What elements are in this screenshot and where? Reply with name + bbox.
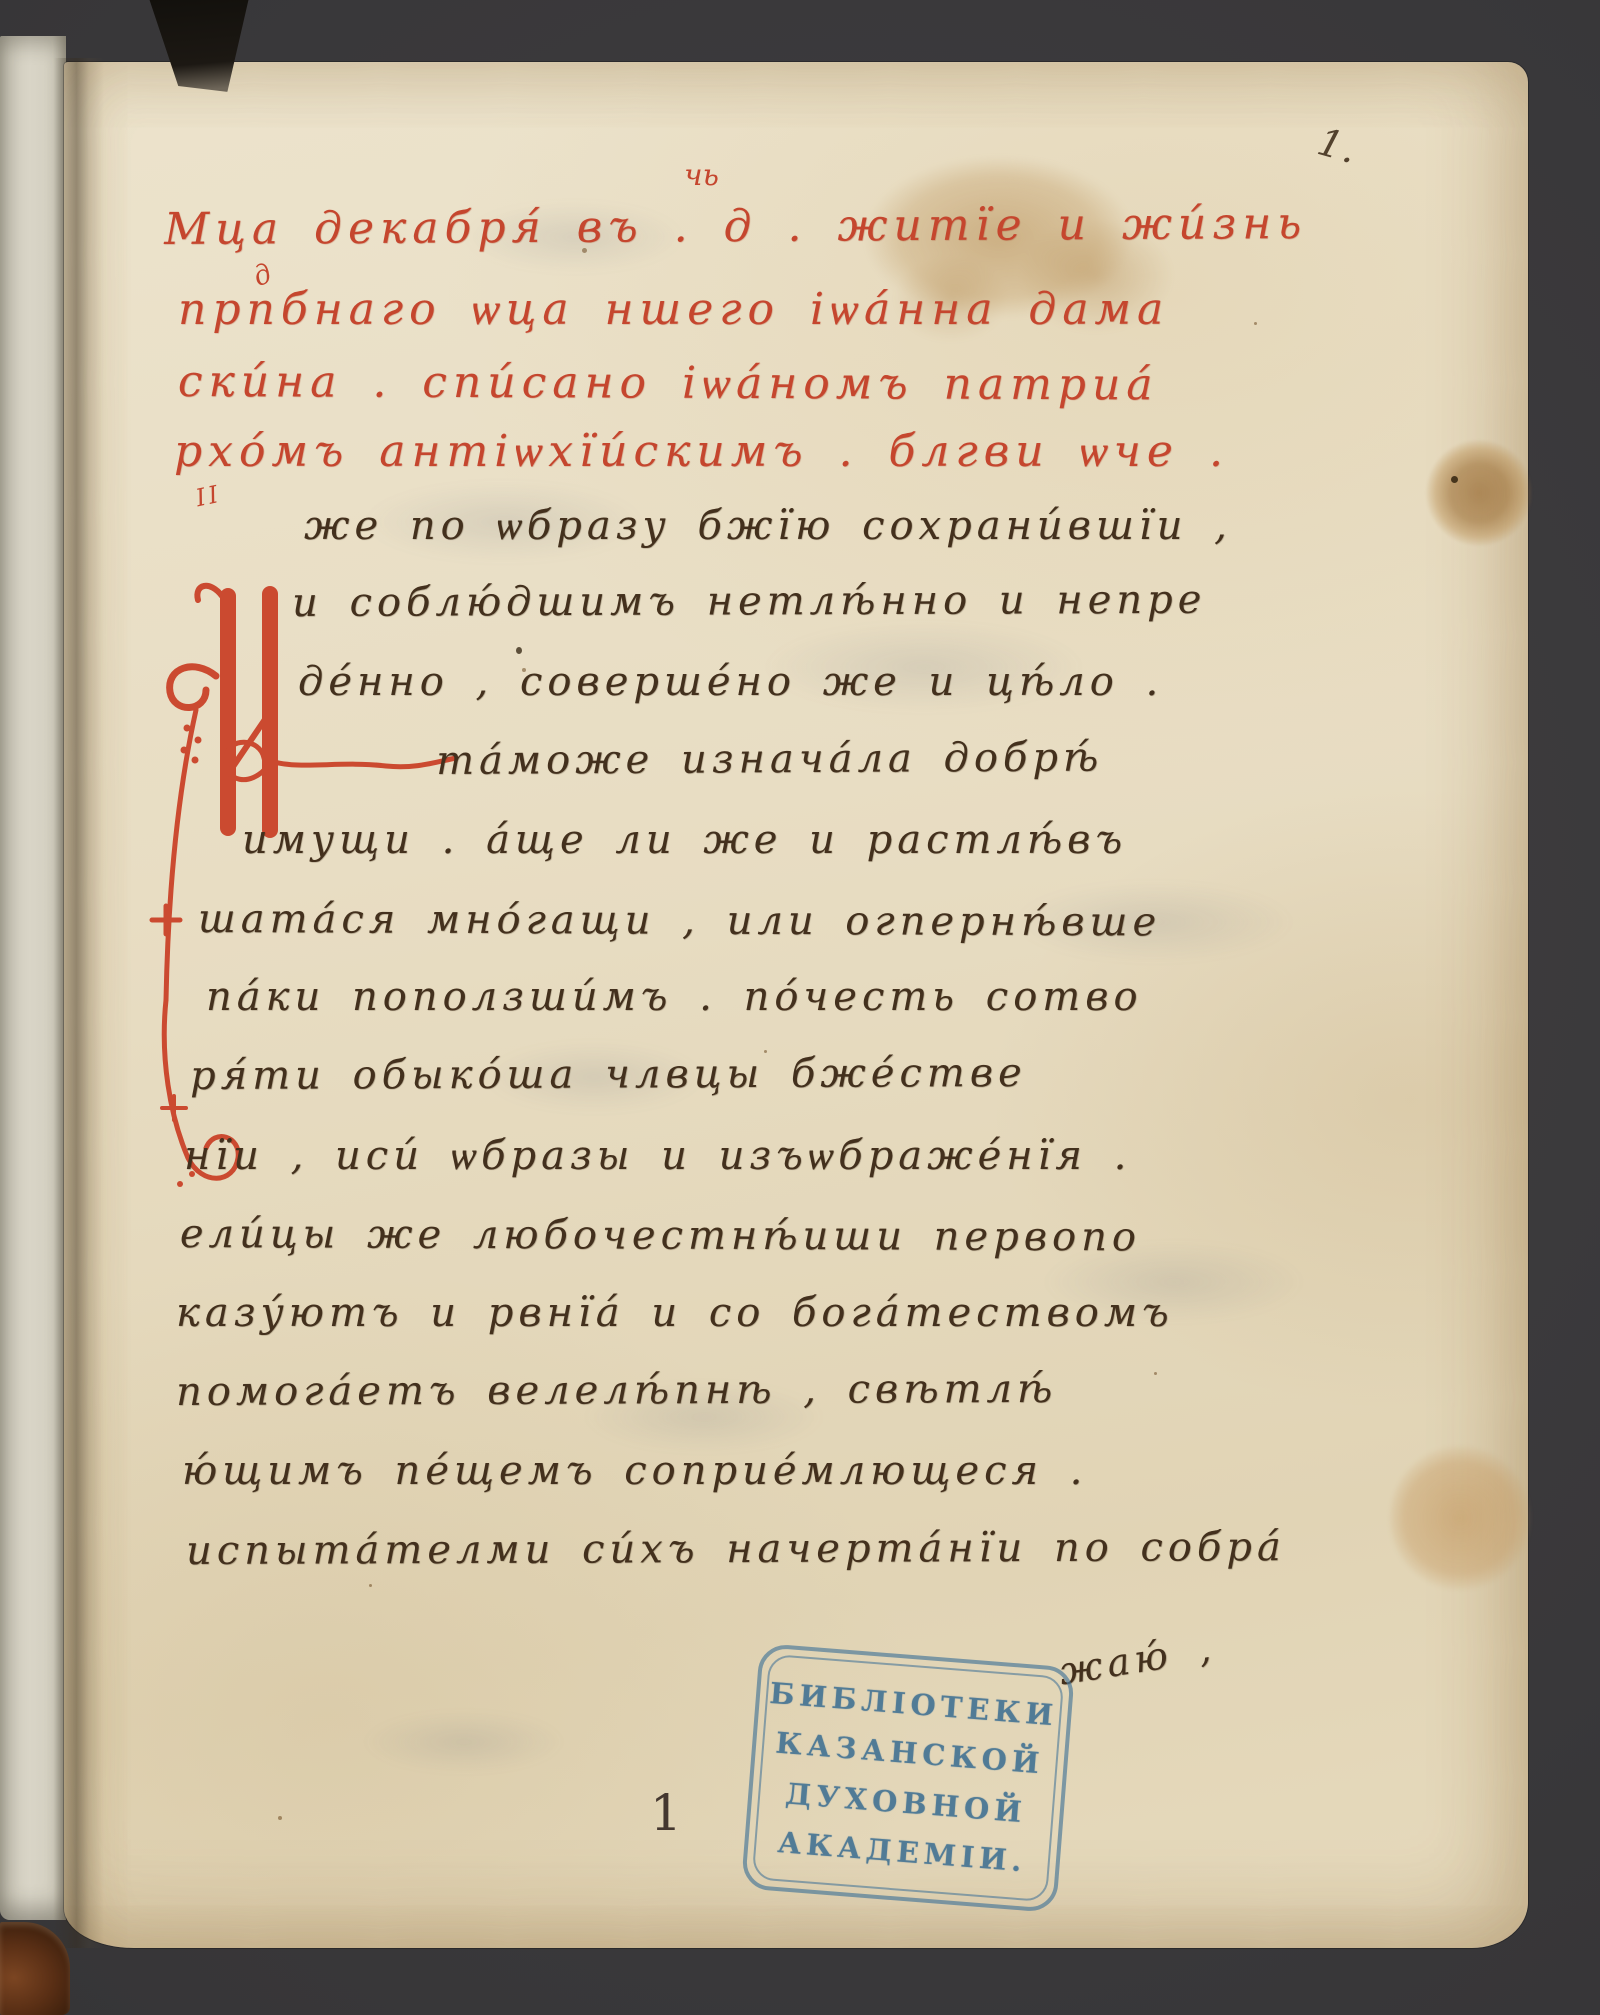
manuscript-line: де́нно , соверше́но же и цѣ́ло . [298, 659, 1163, 705]
stamp-line: БИБЛІОТЕКИ [768, 1676, 1059, 1733]
decorated-initial-I [140, 560, 560, 1200]
manuscript-line: шата́ся мно́гащи , или огпернѣ́вше [198, 896, 1161, 945]
foxing-speck [1451, 476, 1458, 483]
foxing-speck [369, 1584, 372, 1587]
library-stamp: БИБЛІОТЕКИ КАЗАНСКОЙ ДУХОВНОЙ АКАДЕМІИ. [741, 1643, 1075, 1913]
manuscript-line: испыта́телми си́хъ начерта́нїи по собра́ [186, 1524, 1286, 1574]
manuscript-line: ю́щимъ пе́щемъ соприе́млющеся . [182, 1448, 1087, 1494]
rubric-superscript: чь [684, 158, 719, 193]
bleedthrough-smudge [364, 1712, 564, 1772]
manuscript-line: ели́цы же любочестнѣ́иши первопо [180, 1211, 1141, 1260]
pencil-page-number: 1 [650, 1784, 682, 1842]
rubric-line: ски́на . спи́сано іѡа́номъ патриа́ [178, 356, 1159, 410]
folio-number: 1. [1313, 119, 1364, 172]
stamp-line: АКАДЕМІИ. [776, 1825, 1028, 1878]
catchword: жаю́ , [1056, 1625, 1218, 1693]
manuscript-line: имущи . а́ще ли же и растлѣ́въ [242, 817, 1127, 863]
foxing-speck [278, 1816, 282, 1820]
manuscript-line: помога́етъ велелѣ́пнѣ , свѣтлѣ́ [176, 1366, 1057, 1415]
flyleaf-page-edge [0, 36, 66, 1920]
rubric-line: Мца декабря́ въ . д . житїе и жи́знь [164, 198, 1307, 255]
round-stain-right [1426, 440, 1532, 546]
faded-stain-lower-right [1390, 1446, 1530, 1590]
foxing-speck [1154, 1372, 1157, 1375]
foxing-speck [1254, 322, 1257, 325]
manuscript-photo: 1. Мца декабря́ въ . д . житїе и жи́знь … [0, 0, 1600, 2015]
manuscript-line: казу́ютъ и рвнїа́ и со бога́тествомъ [176, 1290, 1174, 1336]
manuscript-line: ря́ти обыко́ша члвцы бже́стве [190, 1050, 1027, 1099]
manuscript-line: же по ѡбразу бжїю сохрани́вшїи , [304, 502, 1232, 549]
manuscript-line: нїи , иси́ ѡбразы и изъѡбраже́нїя . [184, 1132, 1131, 1179]
stamp-line: КАЗАНСКОЙ [774, 1726, 1045, 1781]
rubric-margin-mark: ІІ [193, 480, 223, 513]
manuscript-line: та́може изнача́ла добрѣ́ [436, 735, 1103, 784]
manuscript-line: и соблю́дшимъ нетлѣ́нно и непре [292, 577, 1206, 626]
rubric-line: прпбнаго ѡца ншего іѡа́нна дама [178, 284, 1169, 335]
parchment-page: 1. Мца декабря́ въ . д . житїе и жи́знь … [64, 62, 1528, 1948]
rubric-line: рхо́мъ антіѡхїи́скимъ . блгви ѡче . [174, 426, 1229, 477]
manuscript-line: па́ки поползши́мъ . по́честь сотво [206, 974, 1143, 1020]
initial-ornament [140, 560, 560, 1200]
binding-leather-corner [0, 1922, 70, 2015]
stamp-line: ДУХОВНОЙ [784, 1776, 1028, 1829]
